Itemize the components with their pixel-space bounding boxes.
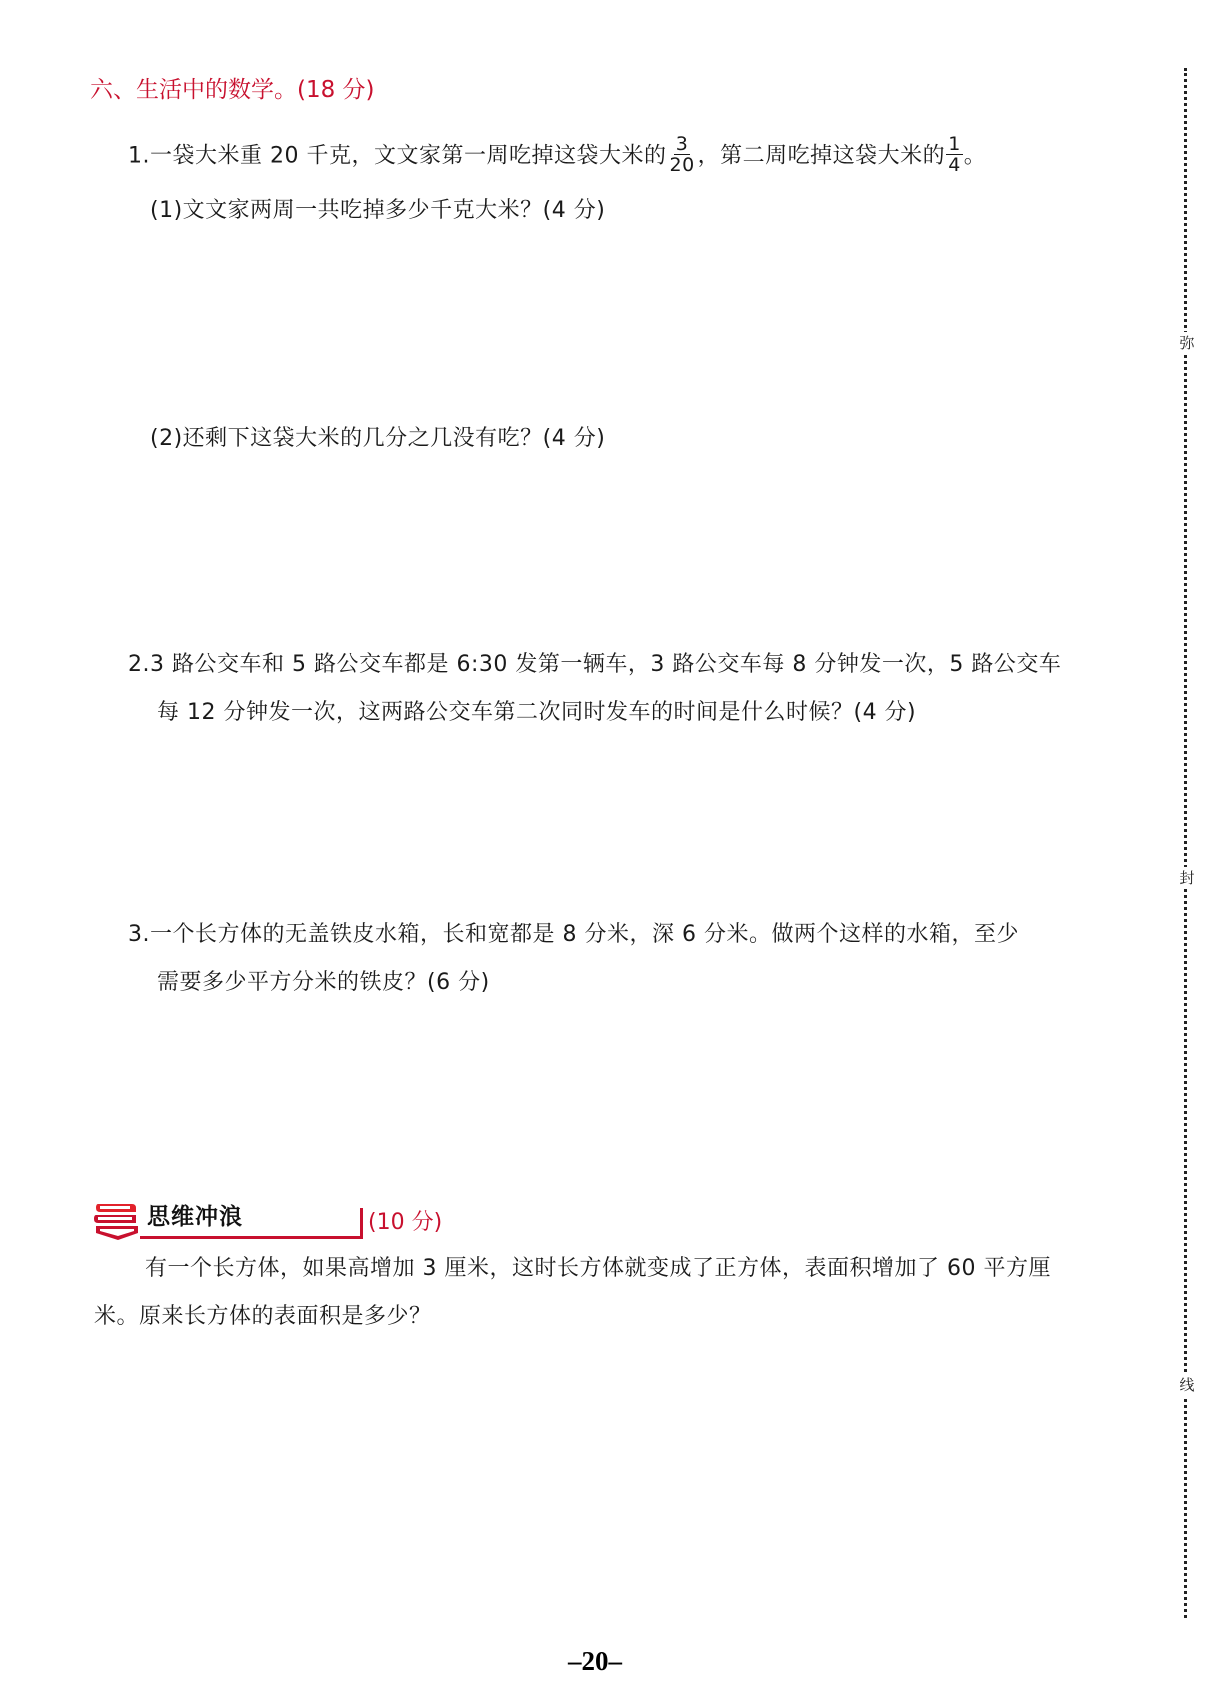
question-3-text: 一个长方体的无盖铁皮水箱，长和宽都是 8 分米，深 6 分米。做两个这样的水箱，… (150, 922, 1019, 947)
question-1-text-c: 。 (964, 144, 987, 169)
binding-char-xian: 线 (1176, 1374, 1198, 1396)
binding-char-feng: 封 (1176, 867, 1198, 889)
answer-area-thinking-wave[interactable] (94, 1340, 1154, 1620)
question-1-text-b: ，第二周吃掉这袋大米的 (698, 144, 946, 169)
sub-question-label: (1) (150, 198, 183, 223)
answer-area-2[interactable] (150, 735, 1150, 915)
thinking-wave-line-2: 米。原来长方体的表面积是多少？ (94, 1302, 432, 1332)
thinking-wave-line-1: 有一个长方体，如果高增加 3 厘米，这时长方体就变成了正方体，表面积增加了 60… (145, 1254, 1051, 1284)
answer-area-1-1[interactable] (150, 232, 1150, 422)
fraction-1-4: 14 (946, 134, 963, 175)
section-title: 六、生活中的数学。 (90, 77, 297, 103)
fraction-3-20: 320 (667, 134, 696, 175)
question-2-line-1: 2.3 路公交车和 5 路公交车都是 6:30 发第一辆车，3 路公交车每 8 … (128, 650, 1061, 680)
question-number: 2. (128, 652, 150, 677)
question-number: 1. (128, 144, 150, 169)
fraction-numerator: 1 (946, 134, 963, 155)
fraction-denominator: 20 (667, 155, 696, 175)
question-3-line-1: 3.一个长方体的无盖铁皮水箱，长和宽都是 8 分米，深 6 分米。做两个这样的水… (128, 920, 1019, 950)
fraction-denominator: 4 (946, 155, 963, 175)
question-number: 3. (128, 922, 150, 947)
sub-question-1-2: (2)还剩下这袋大米的几分之几没有吃？(4 分) (150, 424, 605, 454)
question-2-line-2: 每 12 分钟发一次，这两路公交车第二次同时发车的时间是什么时候？(4 分) (157, 698, 916, 728)
question-1-text-a: 一袋大米重 20 千克，文文家第一周吃掉这袋大米的 (150, 144, 666, 169)
question-1-stem: 1.一袋大米重 20 千克，文文家第一周吃掉这袋大米的320，第二周吃掉这袋大米… (128, 136, 986, 177)
thinking-wave-title: 思维冲浪 (147, 1202, 243, 1232)
stacked-books-icon (92, 1200, 144, 1242)
title-underline (140, 1236, 362, 1239)
answer-area-3[interactable] (150, 1005, 1150, 1190)
fraction-numerator: 3 (674, 134, 691, 155)
thinking-wave-points: (10 分) (368, 1208, 442, 1238)
section-points: (18 分) (297, 77, 375, 103)
sub-question-1-1: (1)文文家两周一共吃掉多少千克大米？(4 分) (150, 196, 605, 226)
answer-area-1-2[interactable] (150, 460, 1150, 645)
sub-question-text: 文文家两周一共吃掉多少千克大米？(4 分) (183, 198, 606, 223)
page-number: –20– (568, 1645, 622, 1677)
question-3-line-2: 需要多少平方分米的铁皮？(6 分) (157, 968, 490, 998)
binding-char-mi: 弥 (1176, 332, 1198, 354)
sub-question-text: 还剩下这袋大米的几分之几没有吃？(4 分) (183, 426, 606, 451)
title-bar (360, 1208, 363, 1239)
sub-question-label: (2) (150, 426, 183, 451)
question-2-text: 3 路公交车和 5 路公交车都是 6:30 发第一辆车，3 路公交车每 8 分钟… (150, 652, 1061, 677)
section-heading: 六、生活中的数学。(18 分) (90, 74, 375, 106)
